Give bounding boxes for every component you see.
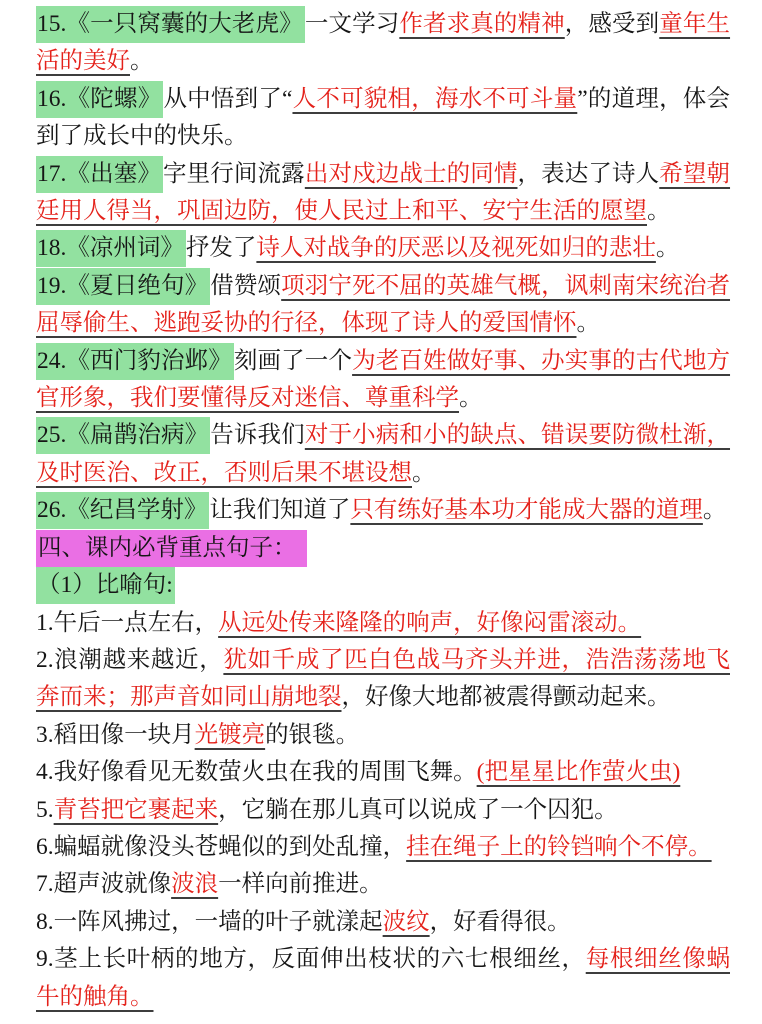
red-underlined-annotation: 作者求真的精神 xyxy=(399,11,564,37)
plain-text: 2.浪潮越来越近， xyxy=(36,647,223,673)
plain-text: 。 xyxy=(577,310,601,336)
lesson-15: 15.《一只窝囊的大老虎》一文学习作者求真的精神，感受到童年生活的美好。 xyxy=(36,6,730,81)
simile-6: 6.蝙蝠就像没头苍蝇似的到处乱撞，挂在绳子上的铃铛响个不停。 xyxy=(36,829,730,866)
simile-8: 8.一阵风拂过，一墙的叶子就漾起波纹，好看得很。 xyxy=(36,904,730,941)
highlighted-lesson-title: 19.《夏日绝句》 xyxy=(36,268,210,305)
highlighted-lesson-title: 24.《西门豹治邺》 xyxy=(36,343,234,380)
red-underlined-annotation: 挂在绳子上的铃铛响个不停。 xyxy=(406,834,712,860)
plain-text: ，它躺在那儿真可以说成了一个囚犯。 xyxy=(218,797,618,823)
plain-text: 从中悟到了“ xyxy=(163,86,292,112)
simile-5: 5.青苔把它裹起来，它躺在那儿真可以说成了一个囚犯。 xyxy=(36,792,730,829)
plain-text: 4.我好像看见无数萤火虫在我的周围飞舞。 xyxy=(36,759,477,785)
plain-text: 。 xyxy=(130,48,154,74)
highlighted-lesson-title: （1）比喻句: xyxy=(36,567,175,604)
highlighted-lesson-title: 15.《一只窝囊的大老虎》 xyxy=(36,6,305,43)
plain-text: 。 xyxy=(703,497,727,523)
red-underlined-annotation: 青苔把它裹起来 xyxy=(54,797,219,823)
plain-text: 3.稻田像一块月 xyxy=(36,722,195,748)
subsection-header: （1）比喻句: xyxy=(36,567,730,604)
plain-text: 抒发了 xyxy=(186,235,257,261)
plain-text: 字里行间流露 xyxy=(163,161,305,187)
red-underlined-annotation: 只有练好基本功才能成大器的道理 xyxy=(350,497,703,523)
highlighted-lesson-title: 25.《扁鹊治病》 xyxy=(36,417,210,454)
plain-text: 一样向前推进。 xyxy=(218,871,383,897)
plain-text: ，表达了诗人 xyxy=(517,161,659,187)
red-underlined-annotation: (把星星比作萤火虫) xyxy=(477,759,681,785)
lesson-17: 17.《出塞》字里行间流露出对戍边战士的同情，表达了诗人希望朝廷用人得当，巩固边… xyxy=(36,156,730,231)
plain-text: 。 xyxy=(459,385,483,411)
simile-3: 3.稻田像一块月光镀亮的银毯。 xyxy=(36,717,730,754)
lesson-19: 19.《夏日绝句》借赞颂项羽宁死不屈的英雄气概，讽刺南宋统治者屈辱偷生、逃跑妥协… xyxy=(36,268,730,343)
simile-7: 7.超声波就像波浪一样向前推进。 xyxy=(36,866,730,903)
lesson-25: 25.《扁鹊治病》告诉我们对于小病和小的缺点、错误要防微杜渐，及时医治、改正，否… xyxy=(36,417,730,492)
plain-text: 1.午后一点左右， xyxy=(36,610,218,636)
plain-text: 告诉我们 xyxy=(210,422,305,448)
plain-text: 9.茎上长叶柄的地方，反面伸出枝状的六七根细丝， xyxy=(36,946,586,972)
highlighted-lesson-title: 17.《出塞》 xyxy=(36,156,163,193)
red-underlined-annotation: 波纹 xyxy=(383,909,430,935)
plain-text: 。 xyxy=(647,198,671,224)
plain-text: 的银毯。 xyxy=(265,722,359,748)
lesson-16: 16.《陀螺》从中悟到了“人不可貌相，海水不可斗量”的道理，体会到了成长中的快乐… xyxy=(36,81,730,156)
lesson-24: 24.《西门豹治邺》刻画了一个为老百姓做好事、办实事的古代地方官形象，我们要懂得… xyxy=(36,343,730,418)
red-underlined-annotation: 从远处传来隆隆的响声，好像闷雷滚动。 xyxy=(218,610,641,636)
highlighted-lesson-title: 26.《纪昌学射》 xyxy=(36,492,209,529)
plain-text: 6.蝙蝠就像没头苍蝇似的到处乱撞， xyxy=(36,834,406,860)
red-underlined-annotation: 人不可貌相，海水不可斗量 xyxy=(292,86,577,112)
lesson-18: 18.《凉州词》抒发了诗人对战争的厌恶以及视死如归的悲壮。 xyxy=(36,230,730,267)
red-underlined-annotation: 波浪 xyxy=(171,871,218,897)
plain-text: ，好像大地都被震得颤动起来。 xyxy=(342,684,671,710)
plain-text: ，感受到 xyxy=(565,11,660,37)
highlighted-lesson-title: 18.《凉州词》 xyxy=(36,230,186,267)
plain-text: 。 xyxy=(656,235,680,261)
red-underlined-annotation: 诗人对战争的厌恶以及视死如归的悲壮 xyxy=(256,235,656,261)
red-underlined-annotation: 光镀亮 xyxy=(195,722,266,748)
plain-text: 让我们知道了 xyxy=(209,497,350,523)
simile-2: 2.浪潮越来越近，犹如千成了匹白色战马齐头并进，浩浩荡荡地飞奔而来；那声音如同山… xyxy=(36,642,730,717)
plain-text: 。 xyxy=(412,460,436,486)
plain-text: 借赞颂 xyxy=(210,273,281,299)
section-header-highlight: 四、课内必背重点句子： xyxy=(36,530,307,567)
section-header: 四、课内必背重点句子： xyxy=(36,530,730,567)
red-underlined-annotation: 出对戍边战士的同情 xyxy=(305,161,518,187)
simile-1: 1.午后一点左右，从远处传来隆隆的响声，好像闷雷滚动。 xyxy=(36,605,730,642)
plain-text: 7.超声波就像 xyxy=(36,871,171,897)
plain-text: 8.一阵风拂过，一墙的叶子就漾起 xyxy=(36,909,383,935)
plain-text: 一文学习 xyxy=(305,11,400,37)
plain-text: 5. xyxy=(36,797,54,823)
simile-9: 9.茎上长叶柄的地方，反面伸出枝状的六七根细丝，每根细丝像蜗牛的触角。 xyxy=(36,941,730,1016)
highlighted-lesson-title: 16.《陀螺》 xyxy=(36,81,163,118)
document-content: 15.《一只窝囊的大老虎》一文学习作者求真的精神，感受到童年生活的美好。16.《… xyxy=(36,6,730,1016)
plain-text: 刻画了一个 xyxy=(234,348,352,374)
document-page: 15.《一只窝囊的大老虎》一文学习作者求真的精神，感受到童年生活的美好。16.《… xyxy=(0,0,762,1024)
plain-text: ，好看得很。 xyxy=(430,909,571,935)
lesson-26: 26.《纪昌学射》让我们知道了只有练好基本功才能成大器的道理。 xyxy=(36,492,730,529)
simile-4: 4.我好像看见无数萤火虫在我的周围飞舞。(把星星比作萤火虫) xyxy=(36,754,730,791)
